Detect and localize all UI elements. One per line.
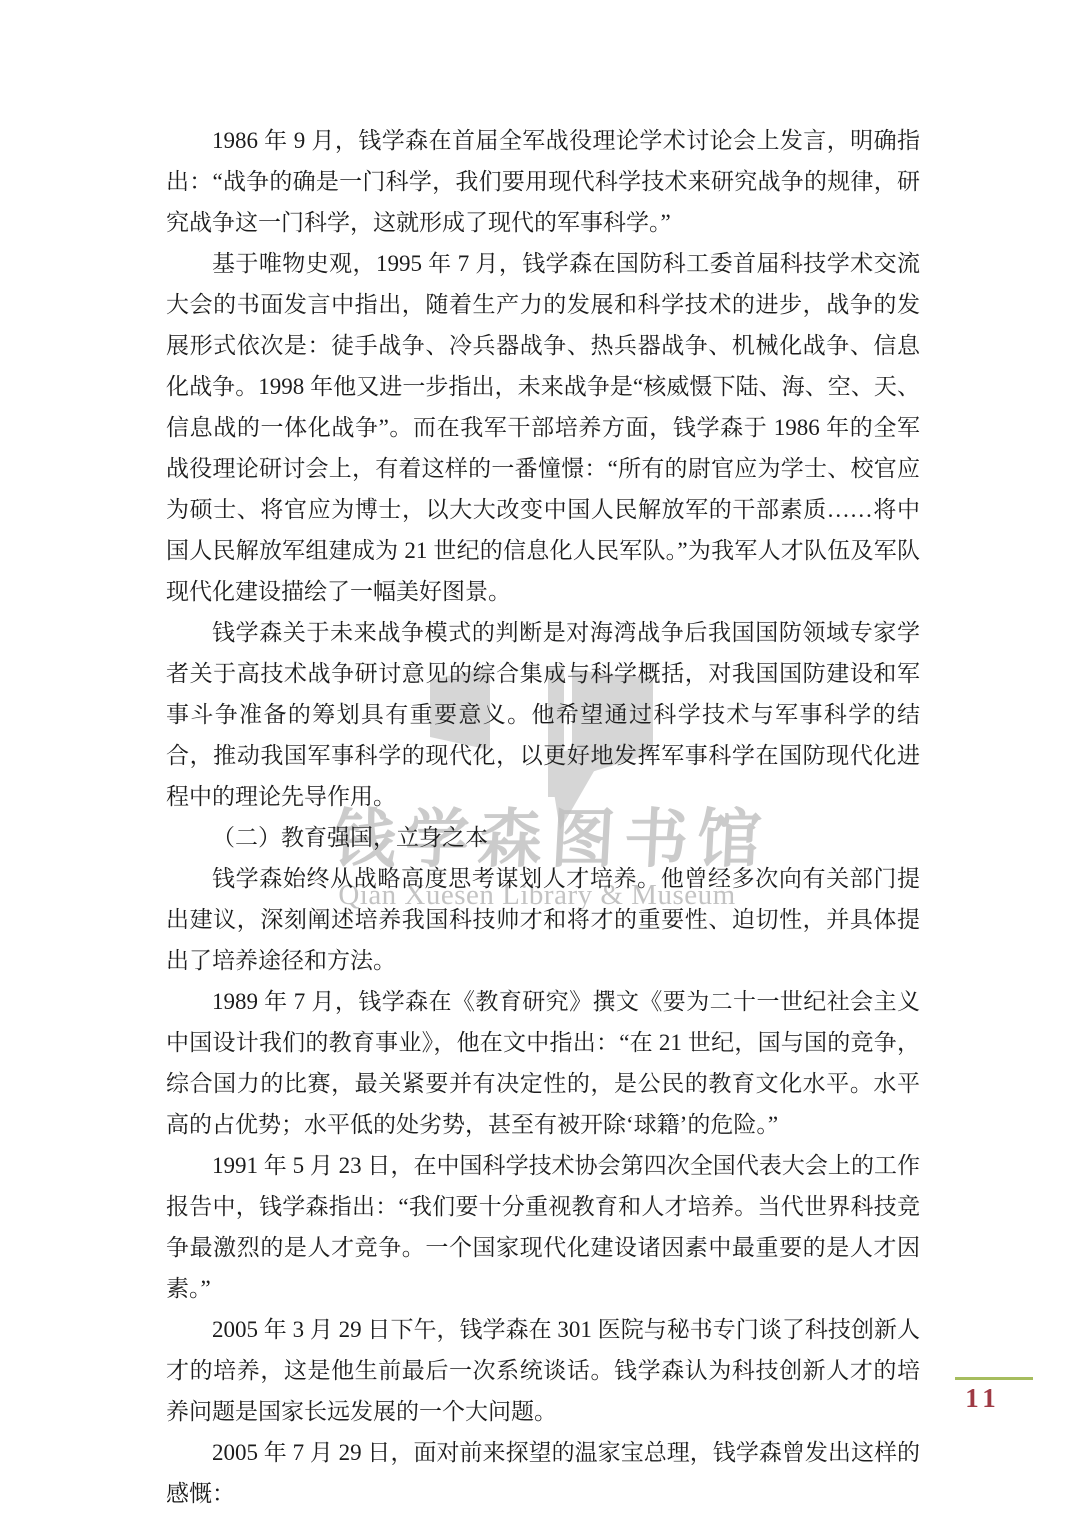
paragraph: 2005 年 7 月 29 日，面对前来探望的温家宝总理，钱学森曾发出这样的感慨… [166, 1432, 920, 1514]
paragraph: 钱学森关于未来战争模式的判断是对海湾战争后我国国防领域专家学者关于高技术战争研讨… [166, 612, 920, 817]
paragraph: 钱学森始终从战略高度思考谋划人才培养。他曾经多次向有关部门提出建议，深刻阐述培养… [166, 858, 920, 981]
paragraph: 1986 年 9 月，钱学森在首届全军战役理论学术讨论会上发言，明确指出：“战争… [166, 120, 920, 243]
footer-rule [955, 1377, 1033, 1380]
document-body: 1986 年 9 月，钱学森在首届全军战役理论学术讨论会上发言，明确指出：“战争… [166, 120, 920, 1514]
paragraph: 基于唯物史观，1995 年 7 月，钱学森在国防科工委首届科技学术交流大会的书面… [166, 243, 920, 612]
paragraph: 1991 年 5 月 23 日，在中国科学技术协会第四次全国代表大会上的工作报告… [166, 1145, 920, 1309]
paragraph: 2005 年 3 月 29 日下午，钱学森在 301 医院与秘书专门谈了科技创新… [166, 1309, 920, 1432]
section-heading: （二）教育强国，立身之本 [166, 817, 920, 858]
page-number: 11 [944, 1383, 1022, 1414]
document-page: 钱学森图书馆 Qian Xuesen Library & Museum 1986… [0, 0, 1074, 1520]
paragraph: 1989 年 7 月，钱学森在《教育研究》撰文《要为二十一世纪社会主义中国设计我… [166, 981, 920, 1145]
